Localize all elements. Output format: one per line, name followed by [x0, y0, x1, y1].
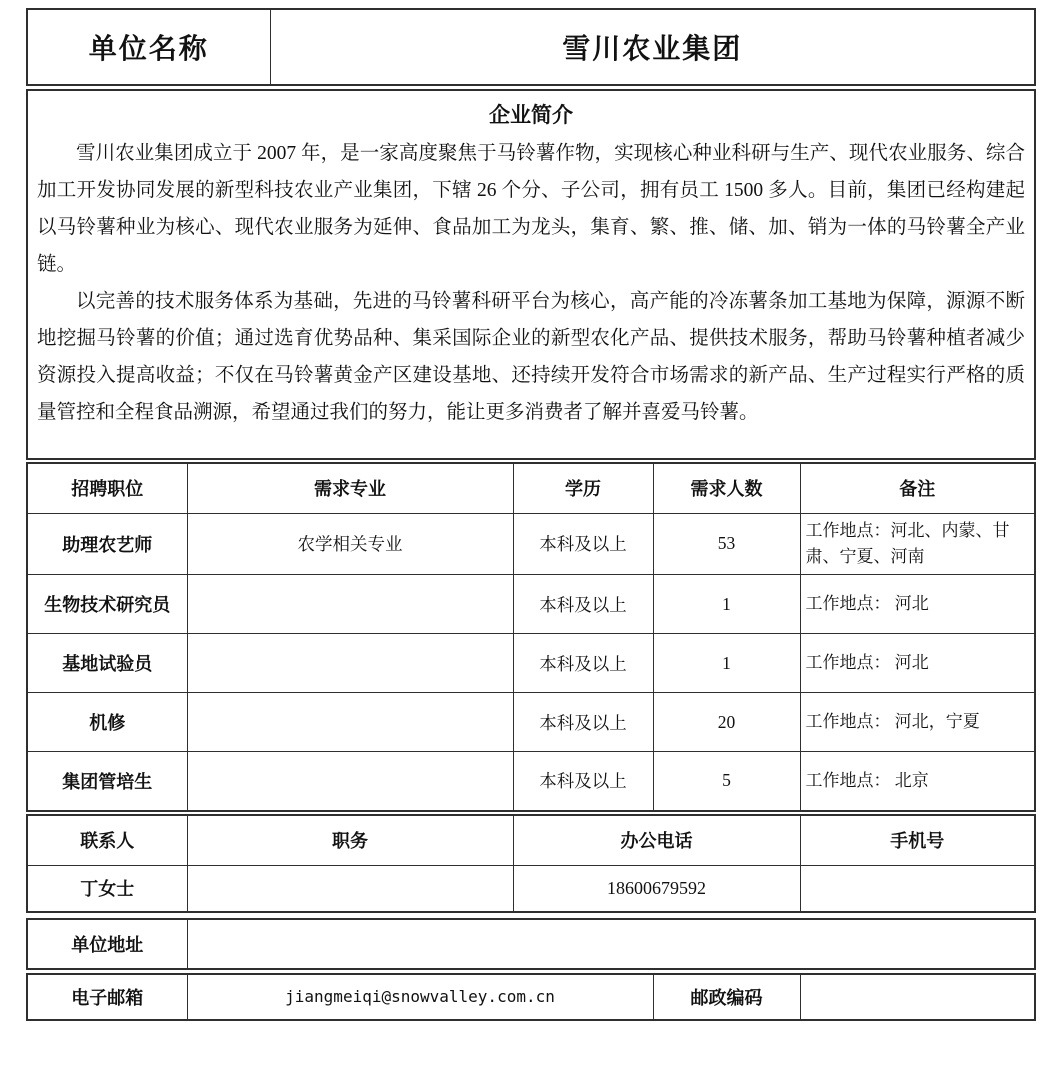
job-major: 农学相关专业 [187, 513, 513, 575]
jobs-header-degree: 学历 [513, 463, 653, 513]
job-count: 20 [653, 693, 800, 752]
jobs-header-major: 需求专业 [187, 463, 513, 513]
intro-title: 企业简介 [37, 99, 1025, 129]
contact-table: 联系人 职务 办公电话 手机号 丁女士 18600679592 [26, 814, 1036, 913]
job-major [187, 752, 513, 811]
job-position: 集团管培生 [27, 752, 187, 811]
table-row: 丁女士 18600679592 [27, 866, 1035, 912]
email-table: 电子邮箱 jiangmeiqi@snowvalley.com.cn 邮政编码 [26, 973, 1036, 1021]
contact-header-row: 联系人 职务 办公电话 手机号 [27, 815, 1035, 866]
jobs-table: 招聘职位 需求专业 学历 需求人数 备注 助理农艺师 农学相关专业 本科及以上 … [26, 462, 1036, 812]
unit-name-value: 雪川农业集团 [270, 9, 1035, 85]
email-label: 电子邮箱 [27, 974, 187, 1020]
table-row: 助理农艺师 农学相关专业 本科及以上 53 工作地点：河北、内蒙、甘肃、宁夏、河… [27, 513, 1035, 575]
contact-office-phone: 18600679592 [513, 866, 800, 912]
intro-paragraph-1: 雪川农业集团成立于 2007 年，是一家高度聚焦于马铃薯作物，实现核心种业科研与… [37, 135, 1025, 283]
postal-code-label: 邮政编码 [653, 974, 800, 1020]
job-position: 生物技术研究员 [27, 575, 187, 634]
job-count: 1 [653, 634, 800, 693]
job-count: 1 [653, 575, 800, 634]
table-row: 生物技术研究员 本科及以上 1 工作地点： 河北 [27, 575, 1035, 634]
jobs-header-count: 需求人数 [653, 463, 800, 513]
table-row: 单位地址 [27, 919, 1035, 969]
job-note: 工作地点： 河北 [800, 575, 1035, 634]
job-note: 工作地点： 北京 [800, 752, 1035, 811]
contact-header-office-phone: 办公电话 [513, 815, 800, 866]
unit-name-table: 单位名称 雪川农业集团 [26, 8, 1036, 86]
company-intro-section: 企业简介 雪川农业集团成立于 2007 年，是一家高度聚焦于马铃薯作物，实现核心… [26, 89, 1036, 460]
jobs-header-position: 招聘职位 [27, 463, 187, 513]
recruitment-form-page: 单位名称 雪川农业集团 企业简介 雪川农业集团成立于 2007 年，是一家高度聚… [0, 0, 1062, 1066]
contact-name: 丁女士 [27, 866, 187, 912]
job-degree: 本科及以上 [513, 693, 653, 752]
table-row: 机修 本科及以上 20 工作地点： 河北，宁夏 [27, 693, 1035, 752]
table-row: 电子邮箱 jiangmeiqi@snowvalley.com.cn 邮政编码 [27, 974, 1035, 1020]
contact-header-mobile: 手机号 [800, 815, 1035, 866]
job-note: 工作地点：河北、内蒙、甘肃、宁夏、河南 [800, 513, 1035, 575]
job-major [187, 634, 513, 693]
intro-paragraph-2: 以完善的技术服务体系为基础，先进的马铃薯科研平台为核心，高产能的冷冻薯条加工基地… [37, 283, 1025, 431]
email-value: jiangmeiqi@snowvalley.com.cn [187, 974, 653, 1020]
table-row: 集团管培生 本科及以上 5 工作地点： 北京 [27, 752, 1035, 811]
job-position: 助理农艺师 [27, 513, 187, 575]
job-note: 工作地点： 河北，宁夏 [800, 693, 1035, 752]
job-degree: 本科及以上 [513, 575, 653, 634]
postal-code-value [800, 974, 1035, 1020]
address-value [187, 919, 1035, 969]
job-degree: 本科及以上 [513, 513, 653, 575]
job-degree: 本科及以上 [513, 634, 653, 693]
job-position: 机修 [27, 693, 187, 752]
job-major [187, 693, 513, 752]
contact-header-name: 联系人 [27, 815, 187, 866]
table-row: 基地试验员 本科及以上 1 工作地点： 河北 [27, 634, 1035, 693]
contact-title [187, 866, 513, 912]
job-position: 基地试验员 [27, 634, 187, 693]
contact-header-title: 职务 [187, 815, 513, 866]
unit-name-label: 单位名称 [27, 9, 270, 85]
table-row: 单位名称 雪川农业集团 [27, 9, 1035, 85]
job-count: 53 [653, 513, 800, 575]
address-label: 单位地址 [27, 919, 187, 969]
jobs-header-row: 招聘职位 需求专业 学历 需求人数 备注 [27, 463, 1035, 513]
job-note: 工作地点： 河北 [800, 634, 1035, 693]
job-count: 5 [653, 752, 800, 811]
job-degree: 本科及以上 [513, 752, 653, 811]
jobs-header-note: 备注 [800, 463, 1035, 513]
job-major [187, 575, 513, 634]
contact-mobile [800, 866, 1035, 912]
address-table: 单位地址 [26, 918, 1036, 970]
